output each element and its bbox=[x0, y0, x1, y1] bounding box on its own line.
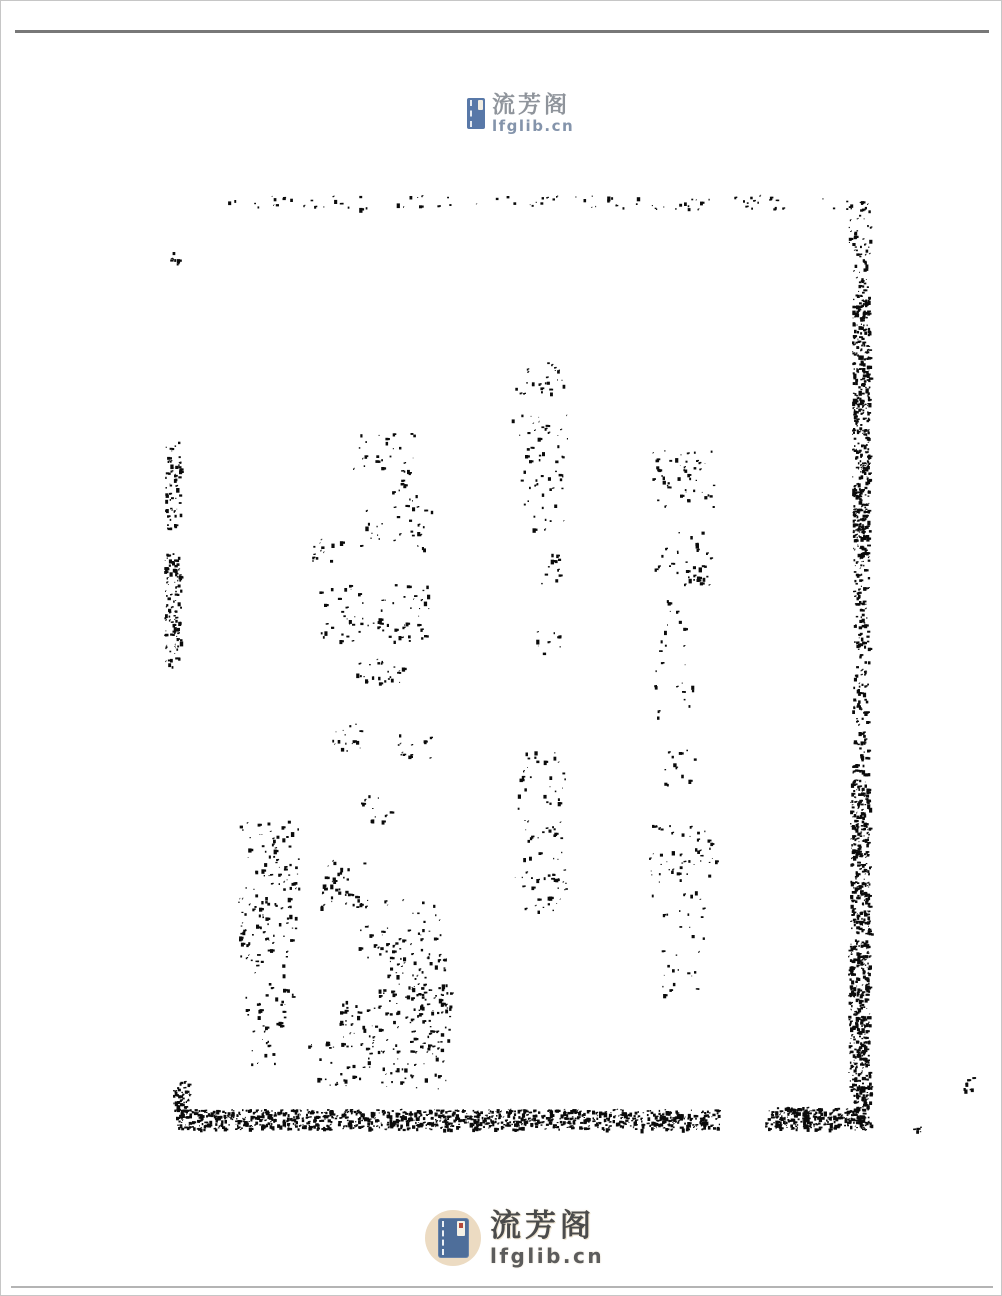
ink-cluster bbox=[662, 899, 706, 999]
watermark-bottom: 流芳阁 lfglib.cn bbox=[425, 1210, 604, 1266]
ink-cluster bbox=[654, 662, 694, 720]
watermark-title: 流芳阁 bbox=[490, 1211, 604, 1242]
watermark-bottom-text: 流芳阁 lfglib.cn bbox=[490, 1211, 604, 1266]
ink-cluster bbox=[164, 553, 183, 668]
ink-cluster bbox=[251, 1039, 276, 1066]
ink-cluster bbox=[765, 1107, 867, 1133]
ink-cluster bbox=[356, 659, 407, 686]
ink-cluster bbox=[361, 795, 394, 824]
ink-speckle-layer bbox=[1, 1, 1002, 1296]
ink-cluster bbox=[512, 415, 568, 464]
ink-cluster bbox=[852, 296, 873, 543]
watermark-url: lfglib.cn bbox=[490, 1246, 604, 1266]
watermark-badge bbox=[425, 1210, 481, 1266]
ink-cluster bbox=[165, 442, 184, 531]
ink-cluster bbox=[312, 539, 345, 563]
ink-cluster bbox=[541, 554, 563, 585]
ink-cluster bbox=[853, 545, 872, 682]
ink-cluster bbox=[852, 682, 871, 776]
ink-cluster bbox=[515, 869, 568, 914]
scanned-book-page: 流芳阁 lfglib.cn 流芳阁 lfglib.cn bbox=[0, 0, 1002, 1296]
ink-cluster bbox=[518, 751, 566, 810]
book-title-label bbox=[457, 1221, 465, 1236]
ink-cluster bbox=[664, 750, 696, 787]
ink-cluster bbox=[228, 195, 624, 213]
ink-cluster bbox=[240, 821, 301, 891]
ink-cluster bbox=[238, 894, 297, 967]
ink-cluster bbox=[659, 600, 688, 652]
ink-cluster bbox=[521, 471, 565, 533]
ink-cluster bbox=[177, 1109, 449, 1133]
ink-cluster bbox=[360, 510, 428, 553]
ink-cluster bbox=[649, 825, 719, 899]
ink-cluster bbox=[848, 939, 872, 1092]
ink-cluster bbox=[340, 989, 452, 1054]
ink-cluster bbox=[392, 480, 433, 515]
ink-cluster bbox=[359, 899, 442, 961]
ink-cluster bbox=[515, 362, 565, 396]
ink-cluster bbox=[536, 631, 561, 655]
ink-cluster bbox=[964, 1077, 977, 1094]
ink-cluster bbox=[652, 450, 715, 508]
ink-cluster bbox=[913, 1127, 922, 1134]
ink-cluster bbox=[846, 201, 872, 257]
ink-cluster bbox=[655, 532, 714, 587]
ink-cluster bbox=[319, 584, 430, 644]
ink-cluster bbox=[850, 779, 874, 935]
red-seal-icon bbox=[459, 1223, 463, 1228]
book-icon bbox=[438, 1218, 469, 1258]
ink-cluster bbox=[246, 972, 296, 1033]
ink-cluster bbox=[636, 195, 848, 211]
book-spine-stitches bbox=[442, 1221, 444, 1255]
ink-cluster bbox=[170, 252, 182, 266]
ink-cluster bbox=[523, 820, 563, 862]
bottom-rule-line bbox=[11, 1286, 993, 1288]
ink-cluster bbox=[332, 724, 363, 752]
ink-cluster bbox=[853, 259, 869, 300]
ink-cluster bbox=[173, 1081, 192, 1123]
ink-cluster bbox=[447, 1109, 721, 1134]
ink-cluster bbox=[353, 433, 416, 475]
ink-cluster bbox=[308, 1041, 446, 1089]
ink-cluster bbox=[398, 734, 433, 759]
ink-cluster bbox=[320, 860, 367, 911]
